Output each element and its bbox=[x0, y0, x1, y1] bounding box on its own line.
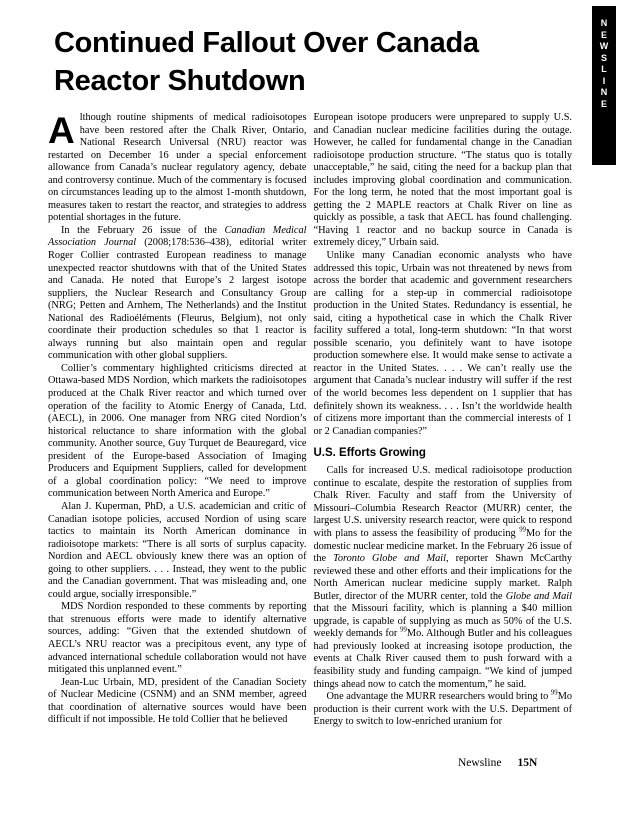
italic-text: Globe and Mail bbox=[506, 591, 572, 602]
newsline-letter: S bbox=[592, 53, 616, 65]
newsline-letter: L bbox=[592, 64, 616, 76]
paragraph: Jean-Luc Urbain, MD, president of the Ca… bbox=[48, 677, 307, 727]
newsline-letter: W bbox=[592, 41, 616, 53]
left-column: Although routine shipments of medical ra… bbox=[48, 112, 307, 729]
newsline-letter: I bbox=[592, 76, 616, 88]
body-text: Collier’s commentary highlighted critici… bbox=[48, 363, 307, 499]
newsline-sidebar: NEWSLINE bbox=[592, 6, 616, 165]
body-text: Jean-Luc Urbain, MD, president of the Ca… bbox=[48, 677, 307, 726]
body-text: One advantage the MURR researchers would… bbox=[327, 691, 551, 702]
dropcap-letter: A bbox=[48, 112, 75, 145]
page-footer: Newsline 15N bbox=[458, 757, 537, 769]
paragraph: European isotope producers were unprepar… bbox=[314, 112, 573, 250]
paragraph: Collier’s commentary highlighted critici… bbox=[48, 363, 307, 501]
paragraph: Although routine shipments of medical ra… bbox=[48, 112, 307, 225]
body-text: European isotope producers were unprepar… bbox=[314, 112, 573, 248]
body-text: Unlike many Canadian economic analysts w… bbox=[314, 250, 573, 437]
footer-journal-name: Newsline bbox=[458, 757, 501, 769]
newsline-letter: E bbox=[592, 30, 616, 42]
italic-text: Toronto Globe and Mail bbox=[333, 553, 446, 564]
body-text: MDS Nordion responded to these comments … bbox=[48, 601, 307, 675]
paragraph: Alan J. Kuperman, PhD, a U.S. academicia… bbox=[48, 501, 307, 601]
superscript-text: 99 bbox=[400, 627, 407, 634]
body-text: In the February 26 issue of the bbox=[61, 225, 225, 236]
newsline-letter: N bbox=[592, 18, 616, 30]
superscript-text: 99 bbox=[551, 690, 558, 697]
paragraph: In the February 26 issue of the Canadian… bbox=[48, 225, 307, 363]
newsline-letter: N bbox=[592, 87, 616, 99]
paragraph: One advantage the MURR researchers would… bbox=[314, 691, 573, 729]
paragraph: Unlike many Canadian economic analysts w… bbox=[314, 250, 573, 438]
paragraph: Calls for increased U.S. medical radiois… bbox=[314, 465, 573, 691]
right-column: European isotope producers were unprepar… bbox=[314, 112, 573, 729]
paragraph: MDS Nordion responded to these comments … bbox=[48, 601, 307, 676]
superscript-text: 99 bbox=[519, 527, 526, 534]
body-text: (2008;178:536–438), editorial writer Rog… bbox=[48, 237, 307, 361]
section-heading: U.S. Efforts Growing bbox=[314, 447, 573, 460]
footer-page-number: 15N bbox=[517, 757, 537, 769]
body-text: Alan J. Kuperman, PhD, a U.S. academicia… bbox=[48, 501, 307, 600]
article-title: Continued Fallout Over Canada Reactor Sh… bbox=[54, 24, 532, 100]
article-body: Although routine shipments of medical ra… bbox=[48, 112, 572, 729]
newsline-page: NEWSLINE Continued Fallout Over Canada R… bbox=[0, 0, 620, 817]
newsline-letter: E bbox=[592, 99, 616, 111]
body-text: lthough routine shipments of medical rad… bbox=[48, 112, 307, 223]
